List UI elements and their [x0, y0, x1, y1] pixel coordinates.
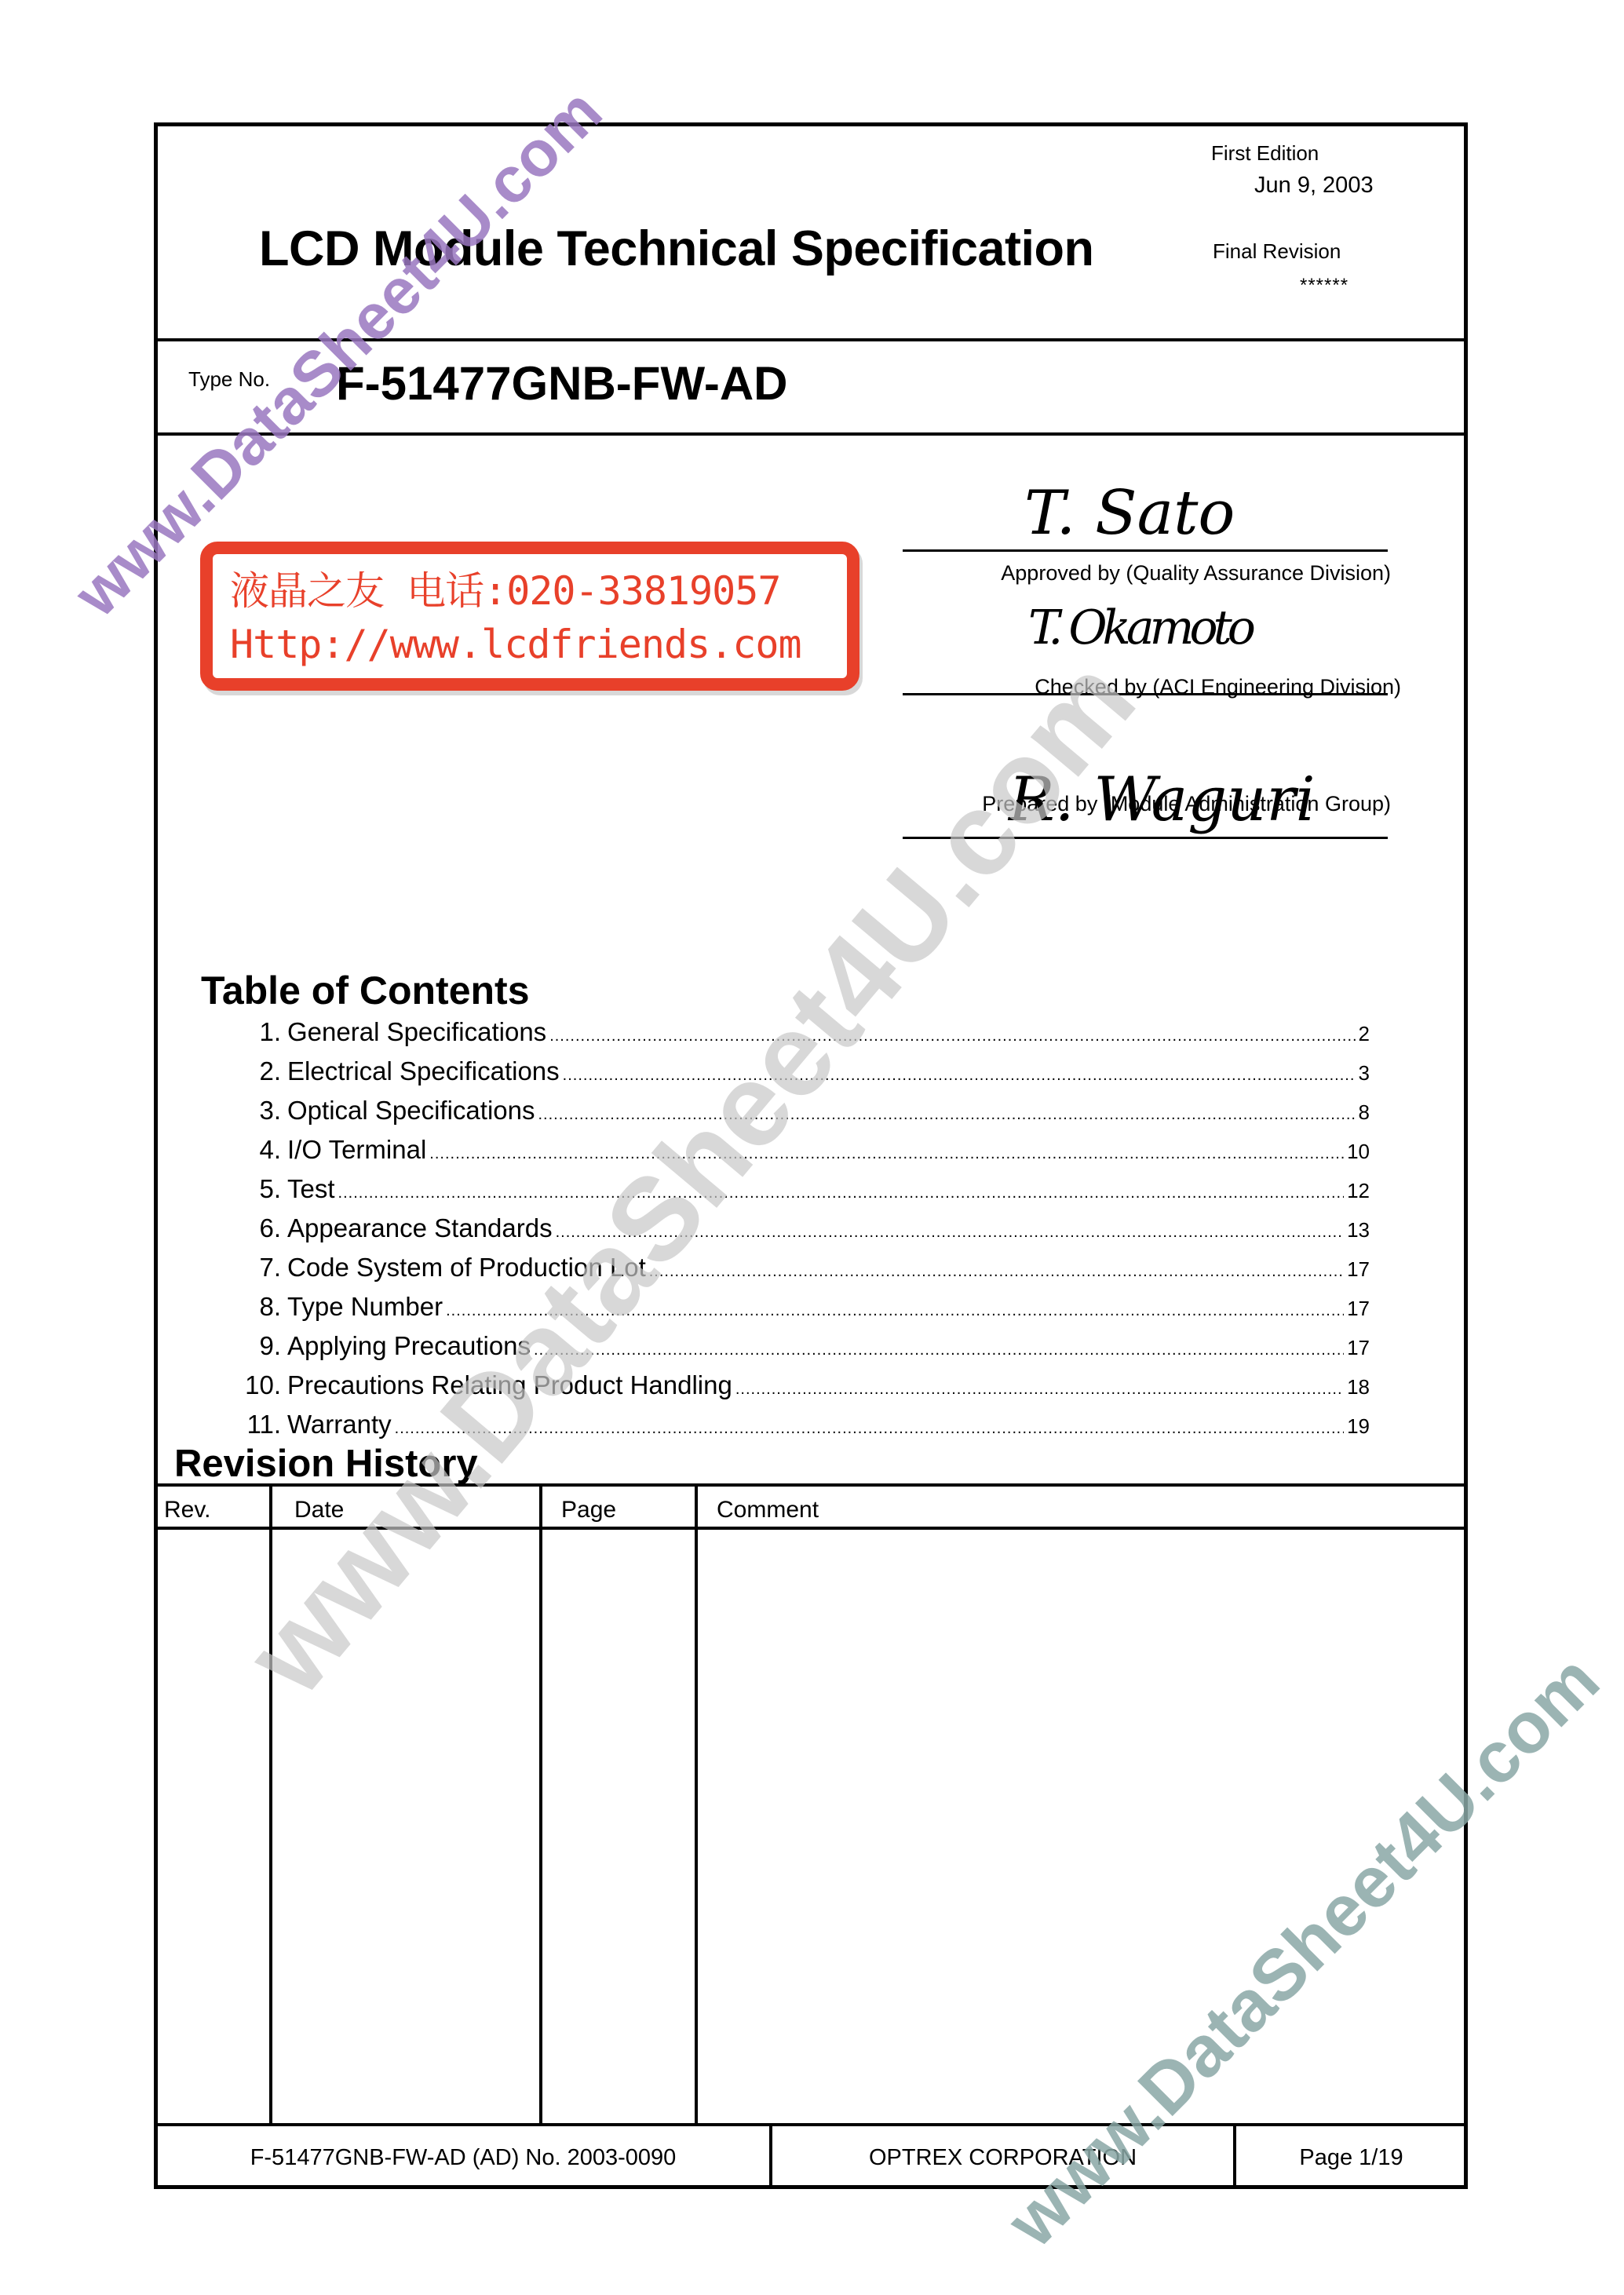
toc-item[interactable]: 6.Appearance Standards..................…: [235, 1215, 1370, 1254]
signature-line-approved: [903, 549, 1388, 552]
toc-item-page: 19: [1347, 1416, 1370, 1436]
toc-item-page: 17: [1347, 1298, 1370, 1319]
toc-item-page: 17: [1347, 1259, 1370, 1279]
toc-item-title: Code System of Production Lot: [281, 1254, 646, 1280]
column-header-date: Date: [294, 1498, 344, 1522]
column-header-comment: Comment: [717, 1498, 819, 1522]
edition-date: Jun 9, 2003: [1254, 174, 1374, 197]
toc-item-title: Optical Specifications: [281, 1097, 535, 1123]
toc-item-number: 5.: [235, 1176, 281, 1202]
toc-item-page: 8: [1359, 1102, 1370, 1122]
toc-item-number: 6.: [235, 1215, 281, 1241]
toc-leader-dots: ........................................…: [534, 1342, 1344, 1358]
toc-leader-dots: ........................................…: [395, 1421, 1344, 1436]
stamp-url-line: Http://www.lcdfriends.com: [230, 625, 801, 664]
toc-item-page: 13: [1347, 1220, 1370, 1240]
toc-item[interactable]: 5.Test..................................…: [235, 1176, 1370, 1215]
final-revision-value: ******: [1300, 276, 1348, 295]
edition-label: First Edition: [1211, 143, 1319, 163]
distributor-stamp: 液晶之友 电话:020-33819057 Http://www.lcdfrien…: [200, 542, 859, 691]
revision-history-heading: Revision History: [174, 1445, 478, 1483]
column-header-rev: Rev.: [164, 1498, 210, 1522]
toc-item[interactable]: 7.Code System of Production Lot.........…: [235, 1254, 1370, 1293]
column-divider-rev-date: [269, 1483, 272, 2125]
toc-leader-dots: ........................................…: [556, 1224, 1345, 1240]
toc-item-title: Precautions Relating Product Handling: [281, 1372, 732, 1398]
table-of-contents: 1.General Specifications................…: [235, 1019, 1370, 1450]
toc-leader-dots: ........................................…: [338, 1185, 1345, 1201]
toc-item-page: 18: [1347, 1377, 1370, 1397]
toc-item[interactable]: 2.Electrical Specifications.............…: [235, 1058, 1370, 1097]
toc-item-number: 9.: [235, 1333, 281, 1359]
signature-line-prepared: [903, 837, 1388, 839]
toc-item[interactable]: 1.General Specifications................…: [235, 1019, 1370, 1058]
toc-leader-dots: ........................................…: [563, 1067, 1356, 1083]
toc-item-title: Applying Precautions: [281, 1333, 531, 1359]
toc-item-number: 11.: [235, 1411, 281, 1437]
type-divider: [155, 432, 1466, 436]
toc-leader-dots: ........................................…: [735, 1381, 1344, 1397]
toc-item-number: 7.: [235, 1254, 281, 1280]
toc-item-number: 3.: [235, 1097, 281, 1123]
toc-item-title: I/O Terminal: [281, 1137, 426, 1162]
toc-item-number: 2.: [235, 1058, 281, 1084]
toc-item-title: Warranty: [281, 1411, 392, 1437]
signature-checked: T. Okamoto: [1028, 604, 1251, 651]
toc-item[interactable]: 4.I/O Terminal..........................…: [235, 1137, 1370, 1176]
toc-leader-dots: ........................................…: [429, 1146, 1344, 1162]
toc-item-title: Test: [281, 1176, 335, 1202]
toc-item-title: Type Number: [281, 1293, 443, 1319]
toc-item-page: 2: [1359, 1023, 1370, 1044]
toc-item-title: Appearance Standards: [281, 1215, 553, 1241]
revision-table-header-bottom: [155, 1527, 1466, 1530]
type-number-label: Type No.: [188, 369, 270, 389]
toc-item-number: 1.: [235, 1019, 281, 1045]
column-divider-page-comment: [695, 1483, 698, 2125]
toc-item-number: 4.: [235, 1137, 281, 1162]
toc-item-number: 8.: [235, 1293, 281, 1319]
stamp-phone-line: 液晶之友 电话:020-33819057: [230, 571, 780, 611]
footer-document-number: F-51477GNB-FW-AD (AD) No. 2003-0090: [157, 2127, 769, 2189]
final-revision-label: Final Revision: [1213, 241, 1341, 261]
checked-by-label: Checked by (ACI Engineering Division): [1035, 677, 1401, 698]
document-title: LCD Module Technical Specification: [259, 224, 1093, 274]
header-divider: [155, 338, 1466, 341]
column-header-page: Page: [561, 1498, 616, 1522]
toc-leader-dots: ........................................…: [538, 1107, 1355, 1122]
toc-leader-dots: ........................................…: [446, 1303, 1344, 1319]
toc-item-page: 17: [1347, 1337, 1370, 1358]
toc-item[interactable]: 3.Optical Specifications................…: [235, 1097, 1370, 1137]
footer-divider: [155, 2123, 1466, 2126]
toc-item-page: 12: [1347, 1180, 1370, 1201]
toc-item-title: General Specifications: [281, 1019, 546, 1045]
toc-item[interactable]: 10.Precautions Relating Product Handling…: [235, 1372, 1370, 1411]
toc-item[interactable]: 9.Applying Precautions..................…: [235, 1333, 1370, 1372]
toc-item-page: 10: [1347, 1141, 1370, 1162]
toc-item-page: 3: [1359, 1063, 1370, 1083]
toc-item[interactable]: 8.Type Number...........................…: [235, 1293, 1370, 1333]
toc-heading: Table of Contents: [201, 971, 530, 1010]
prepared-by-label: Prepared by (Module Administration Group…: [982, 794, 1391, 815]
approved-by-label: Approved by (Quality Assurance Division): [1001, 563, 1391, 584]
toc-item-number: 10.: [235, 1372, 281, 1398]
column-divider-date-page: [539, 1483, 542, 2125]
toc-item-title: Electrical Specifications: [281, 1058, 560, 1084]
type-number-value: F-51477GNB-FW-AD: [336, 360, 788, 407]
footer-company: OPTREX CORPORATION: [772, 2127, 1233, 2189]
footer-page-number: Page 1/19: [1236, 2127, 1466, 2189]
toc-leader-dots: ........................................…: [549, 1028, 1355, 1044]
toc-leader-dots: ........................................…: [649, 1264, 1344, 1279]
signature-approved: T. Sato: [1024, 483, 1235, 544]
